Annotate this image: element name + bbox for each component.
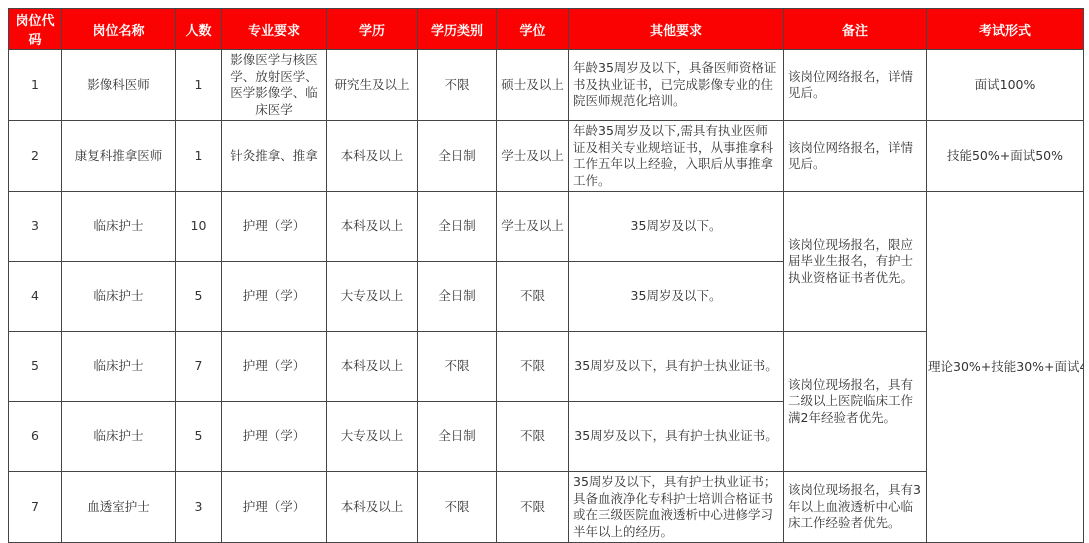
table-cell: 3 [9, 192, 62, 262]
header-headcount: 人数 [176, 9, 222, 50]
table-cell: 本科及以上 [327, 332, 418, 402]
table-cell: 不限 [497, 262, 569, 332]
recruitment-positions-table: 岗位代码 岗位名称 人数 专业要求 学历 学历类别 学位 其他要求 备注 考试形… [8, 8, 1084, 543]
header-row: 岗位代码 岗位名称 人数 专业要求 学历 学历类别 学位 其他要求 备注 考试形… [9, 9, 1084, 50]
table-cell: 康复科推拿医师 [62, 121, 176, 192]
table-cell: 35周岁及以下。 [569, 192, 784, 262]
table-cell: 护理（学） [222, 332, 327, 402]
table-cell: 不限 [497, 472, 569, 543]
table-cell: 35周岁及以下，具有护士执业证书；具备血液净化专科护士培训合格证书或在三级医院血… [569, 472, 784, 543]
table-cell: 硕士及以上 [497, 50, 569, 121]
header-position-name: 岗位名称 [62, 9, 176, 50]
table-cell: 该岗位现场报名，具有3年以上血液透析中心临床工作经验者优先。 [784, 472, 927, 543]
table-cell: 护理（学） [222, 402, 327, 472]
table-cell: 大专及以上 [327, 402, 418, 472]
table-cell: 年龄35周岁及以下，具备医师资格证书及执业证书，已完成影像专业的住院医师规范化培… [569, 50, 784, 121]
table-cell: 技能50%+面试50% [927, 121, 1084, 192]
table-cell: 1 [176, 121, 222, 192]
table-cell: 该岗位现场报名，限应届毕业生报名，有护士执业资格证书者优先。 [784, 192, 927, 332]
table-cell: 该岗位网络报名，详情见后。 [784, 50, 927, 121]
table-cell: 35周岁及以下，具有护士执业证书。 [569, 332, 784, 402]
header-exam-format: 考试形式 [927, 9, 1084, 50]
table-cell: 2 [9, 121, 62, 192]
table-cell: 7 [9, 472, 62, 543]
header-education-type: 学历类别 [418, 9, 497, 50]
table-cell: 全日制 [418, 402, 497, 472]
table-cell: 本科及以上 [327, 121, 418, 192]
table-cell: 6 [9, 402, 62, 472]
table-cell: 不限 [418, 50, 497, 121]
table-header: 岗位代码 岗位名称 人数 专业要求 学历 学历类别 学位 其他要求 备注 考试形… [9, 9, 1084, 50]
table-cell: 临床护士 [62, 192, 176, 262]
table-row: 7血透室护士3护理（学）本科及以上不限不限35周岁及以下，具有护士执业证书；具备… [9, 472, 1084, 543]
table-cell: 35周岁及以下。 [569, 262, 784, 332]
table-cell: 4 [9, 262, 62, 332]
table-cell: 全日制 [418, 192, 497, 262]
table-cell: 1 [176, 50, 222, 121]
table-cell: 不限 [418, 332, 497, 402]
table-row: 3临床护士10护理（学）本科及以上全日制学士及以上35周岁及以下。该岗位现场报名… [9, 192, 1084, 262]
header-remarks: 备注 [784, 9, 927, 50]
table-cell: 临床护士 [62, 402, 176, 472]
header-major-requirement: 专业要求 [222, 9, 327, 50]
table-cell: 临床护士 [62, 262, 176, 332]
table-cell: 不限 [418, 472, 497, 543]
table-cell: 不限 [497, 332, 569, 402]
table-row: 1影像科医师1影像医学与核医学、放射医学、医学影像学、临床医学研究生及以上不限硕… [9, 50, 1084, 121]
recruitment-table-container: 岗位代码 岗位名称 人数 专业要求 学历 学历类别 学位 其他要求 备注 考试形… [8, 8, 1084, 543]
table-cell: 该岗位网络报名，详情见后。 [784, 121, 927, 192]
table-cell: 血透室护士 [62, 472, 176, 543]
table-cell: 全日制 [418, 262, 497, 332]
header-degree: 学位 [497, 9, 569, 50]
table-cell: 学士及以上 [497, 121, 569, 192]
table-cell: 5 [176, 402, 222, 472]
table-cell: 5 [9, 332, 62, 402]
table-cell: 1 [9, 50, 62, 121]
table-cell: 针灸推拿、推拿 [222, 121, 327, 192]
table-cell: 10 [176, 192, 222, 262]
table-cell: 临床护士 [62, 332, 176, 402]
table-cell: 研究生及以上 [327, 50, 418, 121]
table-cell: 护理（学） [222, 192, 327, 262]
header-other-requirements: 其他要求 [569, 9, 784, 50]
table-cell: 本科及以上 [327, 472, 418, 543]
table-cell: 大专及以上 [327, 262, 418, 332]
table-row: 2康复科推拿医师1针灸推拿、推拿本科及以上全日制学士及以上年龄35周岁及以下,需… [9, 121, 1084, 192]
table-cell: 7 [176, 332, 222, 402]
table-cell: 影像科医师 [62, 50, 176, 121]
table-cell: 本科及以上 [327, 192, 418, 262]
table-cell: 5 [176, 262, 222, 332]
table-cell: 面试100% [927, 50, 1084, 121]
table-cell: 年龄35周岁及以下,需具有执业医师证及相关专业规培证书，从事推拿科工作五年以上经… [569, 121, 784, 192]
header-position-code: 岗位代码 [9, 9, 62, 50]
table-row: 5临床护士7护理（学）本科及以上不限不限35周岁及以下，具有护士执业证书。该岗位… [9, 332, 1084, 402]
table-body: 1影像科医师1影像医学与核医学、放射医学、医学影像学、临床医学研究生及以上不限硕… [9, 50, 1084, 543]
table-cell: 不限 [497, 402, 569, 472]
table-cell: 该岗位现场报名，具有二级以上医院临床工作满2年经验者优先。 [784, 332, 927, 472]
table-cell: 35周岁及以下，具有护士执业证书。 [569, 402, 784, 472]
table-cell: 护理（学） [222, 262, 327, 332]
table-cell: 影像医学与核医学、放射医学、医学影像学、临床医学 [222, 50, 327, 121]
table-cell: 学士及以上 [497, 192, 569, 262]
header-education: 学历 [327, 9, 418, 50]
table-cell: 理论30%+技能30%+面试40% [927, 192, 1084, 543]
table-cell: 3 [176, 472, 222, 543]
table-cell: 全日制 [418, 121, 497, 192]
table-cell: 护理（学） [222, 472, 327, 543]
